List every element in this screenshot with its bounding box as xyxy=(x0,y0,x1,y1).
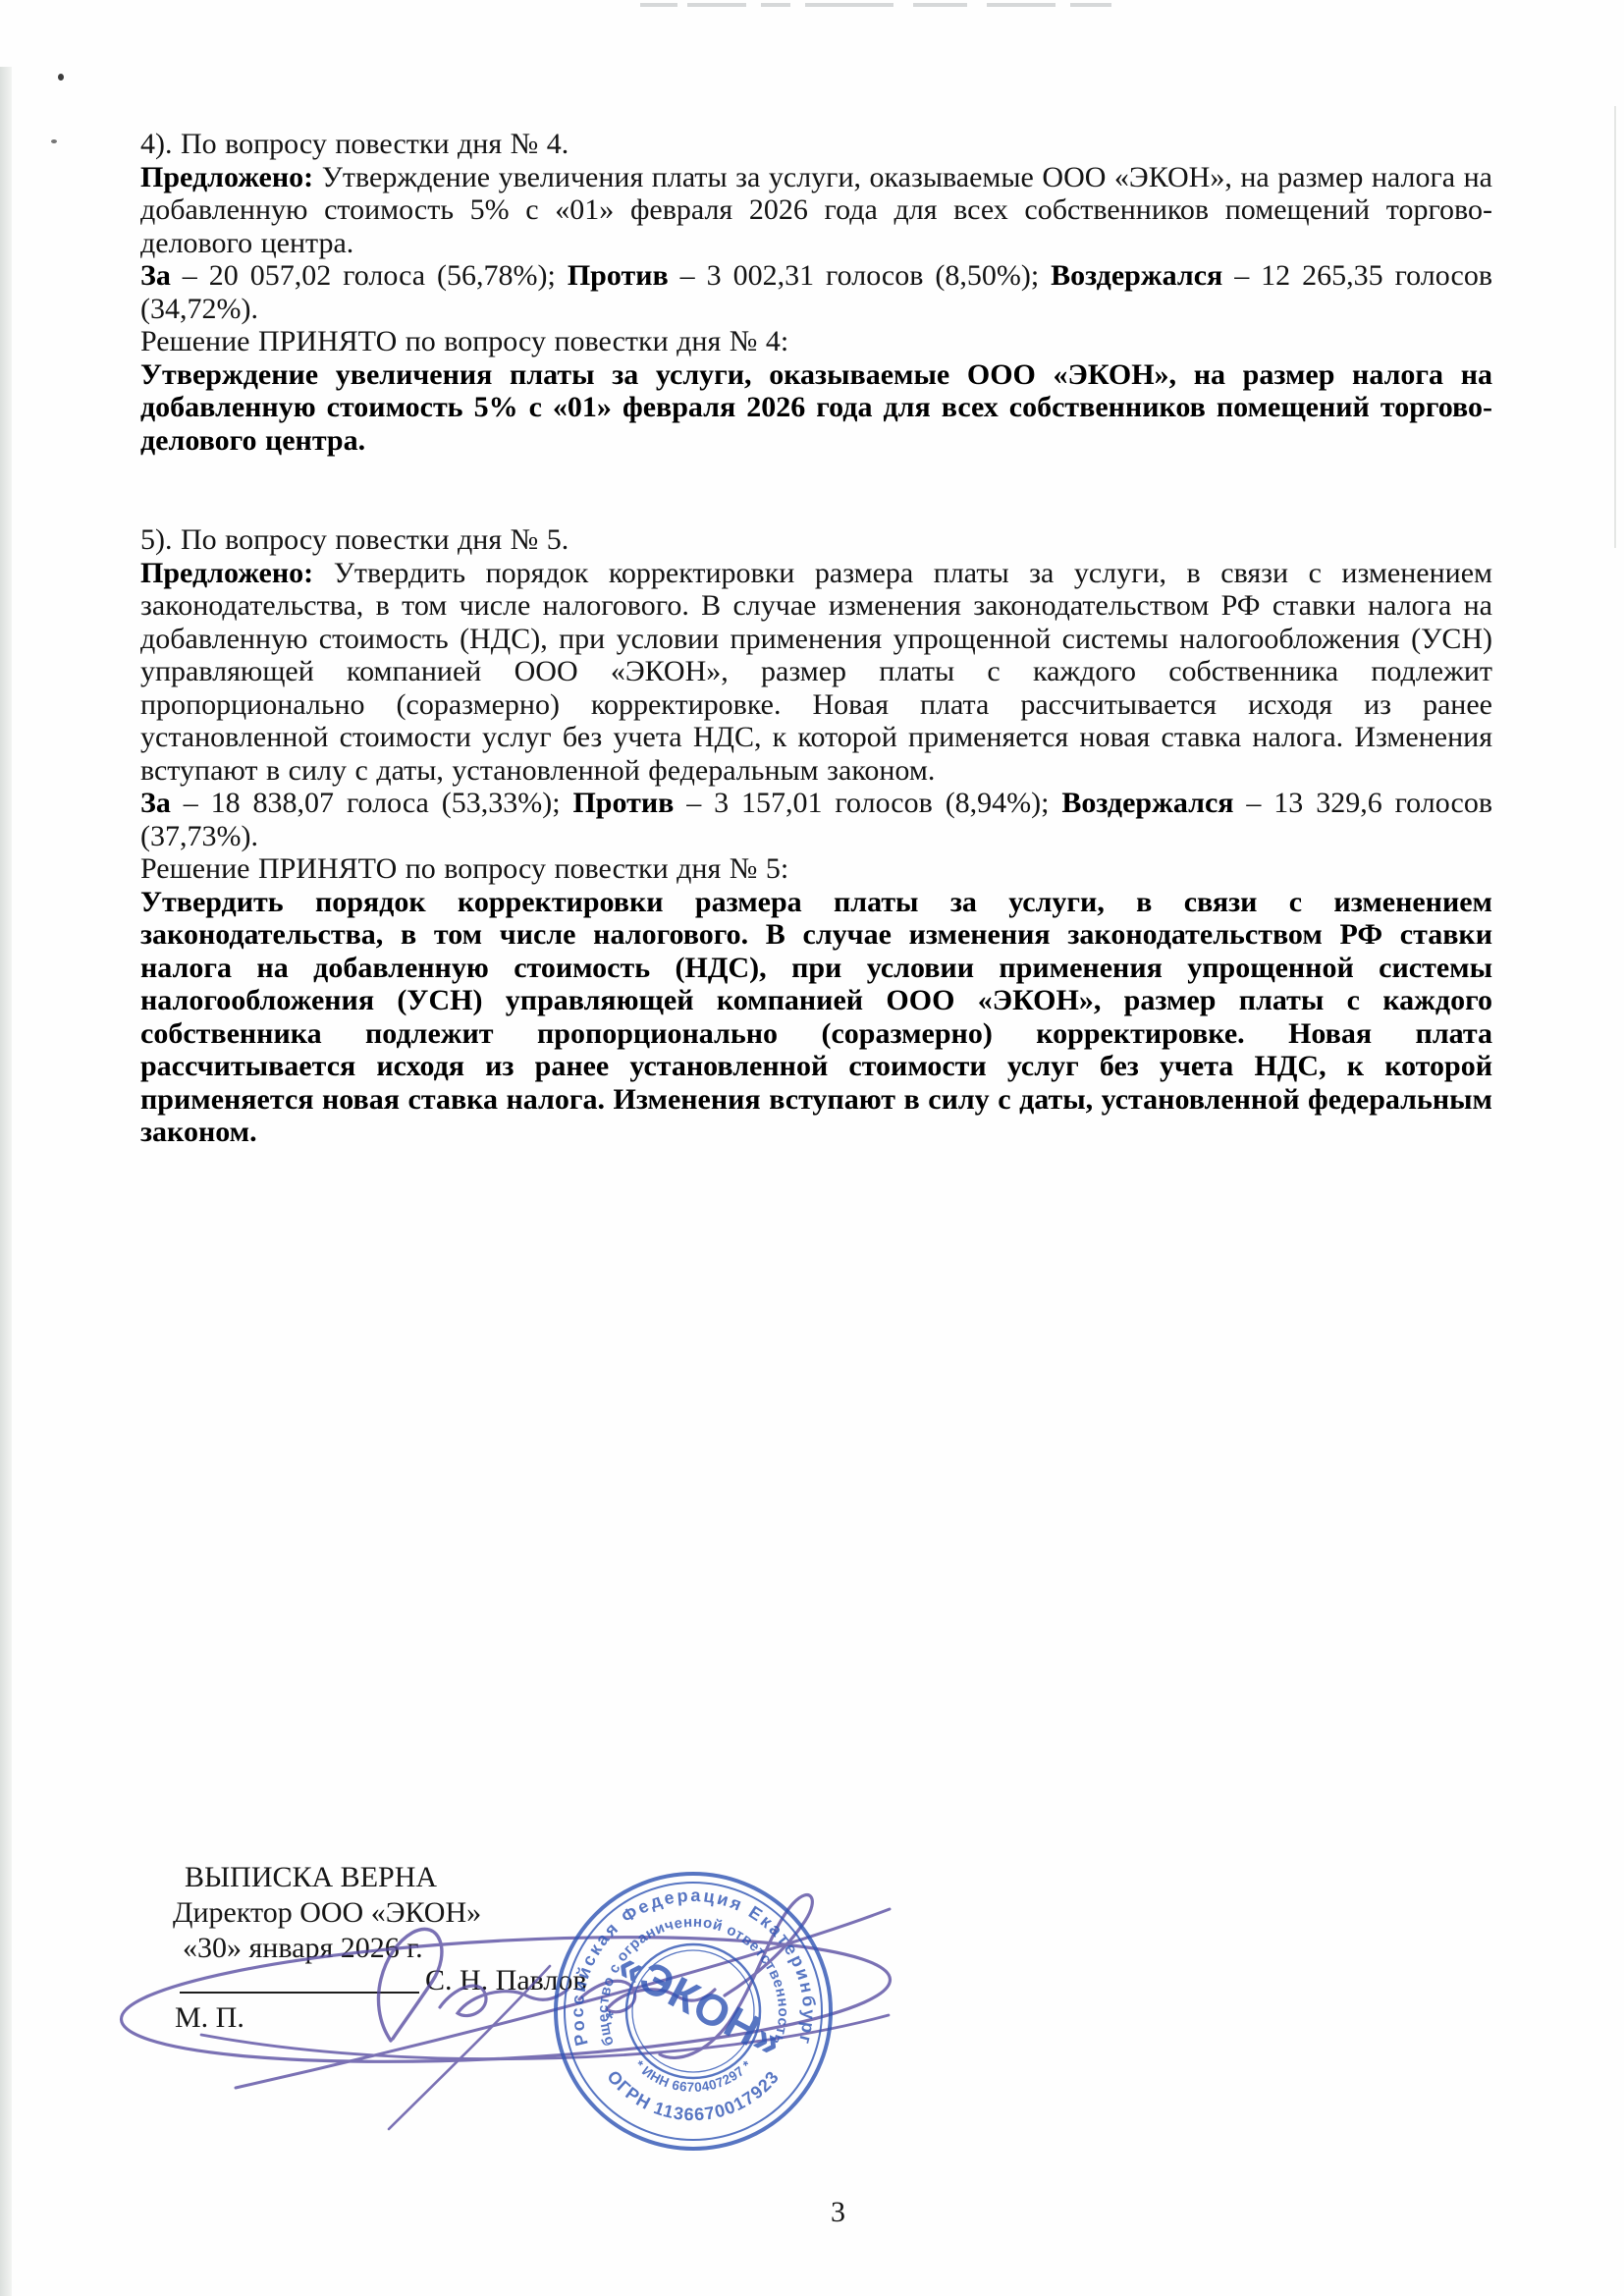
vote-against-label: Против xyxy=(572,787,674,819)
proposal-text: Утверждение увеличения платы за услуги, … xyxy=(140,161,1492,259)
stamp-ogrn-text: ОГРН 1136670017923 xyxy=(603,2066,783,2124)
vote-for-value: – 18 838,07 голоса (53,33%); xyxy=(171,787,573,819)
signer-name: С. Н. Павлов xyxy=(425,1964,587,1997)
vote-for-label: За xyxy=(140,787,171,819)
vote-for-label: За xyxy=(140,259,171,292)
stamp-country-text: Российская Федерация Екатеринбург xyxy=(568,1886,819,2049)
director-title: Директор ООО «ЭКОН» xyxy=(173,1896,481,1930)
proposal-text: Утвердить порядок корректировки размера … xyxy=(140,557,1492,787)
scan-artifact xyxy=(640,3,677,7)
agenda-item-5: 5). По вопросу повестки дня № 5. Предлож… xyxy=(140,523,1492,1149)
stamp-star: * xyxy=(606,2008,614,2030)
stamp-inn-text: * ИНН 6670407297 * xyxy=(632,2057,755,2095)
signature-date: «30» января 2026 г. xyxy=(183,1932,423,1965)
agenda-5-decision: Утвердить порядок корректировки размера … xyxy=(140,886,1492,1149)
scan-speck xyxy=(51,139,57,143)
company-stamp: Российская Федерация Екатеринбург Общест… xyxy=(550,1868,837,2155)
stamp-inner-circle-2 xyxy=(632,1950,754,2072)
stamp-inner-circle xyxy=(626,1944,760,2078)
scan-artifact xyxy=(805,3,893,7)
signature-stroke xyxy=(201,2015,889,2059)
scan-artifact xyxy=(987,3,1056,7)
stamp-center-name: «ЭКОН» xyxy=(609,1940,791,2068)
stamp-outer-circle-2 xyxy=(565,1883,822,2140)
scan-artifact xyxy=(913,3,967,7)
seal-place-label: М. П. xyxy=(175,2001,244,2035)
agenda-5-vote-results: За – 18 838,07 голоса (53,33%); Против –… xyxy=(140,787,1492,852)
scan-edge-shadow xyxy=(0,67,12,2296)
vote-against-value: – 3 157,01 голосов (8,94%); xyxy=(674,787,1061,819)
agenda-5-result-line: Решение ПРИНЯТО по вопросу повестки дня … xyxy=(140,852,1492,886)
scan-edge-line xyxy=(1614,106,1616,548)
agenda-4-heading: 4). По вопросу повестки дня № 4. xyxy=(140,128,1492,161)
agenda-item-4: 4). По вопросу повестки дня № 4. Предлож… xyxy=(140,128,1492,457)
agenda-4-proposal: Предложено: Утверждение увеличения платы… xyxy=(140,161,1492,260)
agenda-4-vote-results: За – 20 057,02 голоса (56,78%); Против –… xyxy=(140,259,1492,325)
scan-artifact xyxy=(687,3,746,7)
vote-against-label: Против xyxy=(568,259,669,292)
proposal-label: Предложено: xyxy=(140,161,313,193)
extract-correct-label: ВЫПИСКА ВЕРНА xyxy=(185,1861,437,1894)
vote-against-value: – 3 002,31 голосов (8,50%); xyxy=(669,259,1051,292)
vote-abstain-label: Воздержался xyxy=(1061,787,1233,819)
page-number: 3 xyxy=(831,2196,845,2229)
document-body: 4). По вопросу повестки дня № 4. Предлож… xyxy=(140,128,1492,1149)
stamp-company-form-text: Общество с ограниченной ответственностью xyxy=(550,1868,791,2048)
signature-stroke xyxy=(660,1895,812,2058)
agenda-4-decision: Утверждение увеличения платы за услуги, … xyxy=(140,358,1492,458)
document-page: 4). По вопросу повестки дня № 4. Предлож… xyxy=(0,0,1624,2296)
agenda-5-heading: 5). По вопросу повестки дня № 5. xyxy=(140,523,1492,557)
signature-line xyxy=(180,1992,419,1994)
proposal-label: Предложено: xyxy=(140,557,313,589)
scan-artifact xyxy=(1070,3,1111,7)
vote-abstain-label: Воздержался xyxy=(1051,259,1222,292)
stamp-outer-circle xyxy=(556,1874,831,2149)
signature-stroke xyxy=(579,1981,715,2012)
agenda-5-proposal: Предложено: Утвердить порядок корректиро… xyxy=(140,557,1492,788)
scan-artifact xyxy=(761,3,790,7)
scan-speck xyxy=(58,74,64,81)
agenda-4-result-line: Решение ПРИНЯТО по вопросу повестки дня … xyxy=(140,325,1492,358)
vote-for-value: – 20 057,02 голоса (56,78%); xyxy=(171,259,568,292)
